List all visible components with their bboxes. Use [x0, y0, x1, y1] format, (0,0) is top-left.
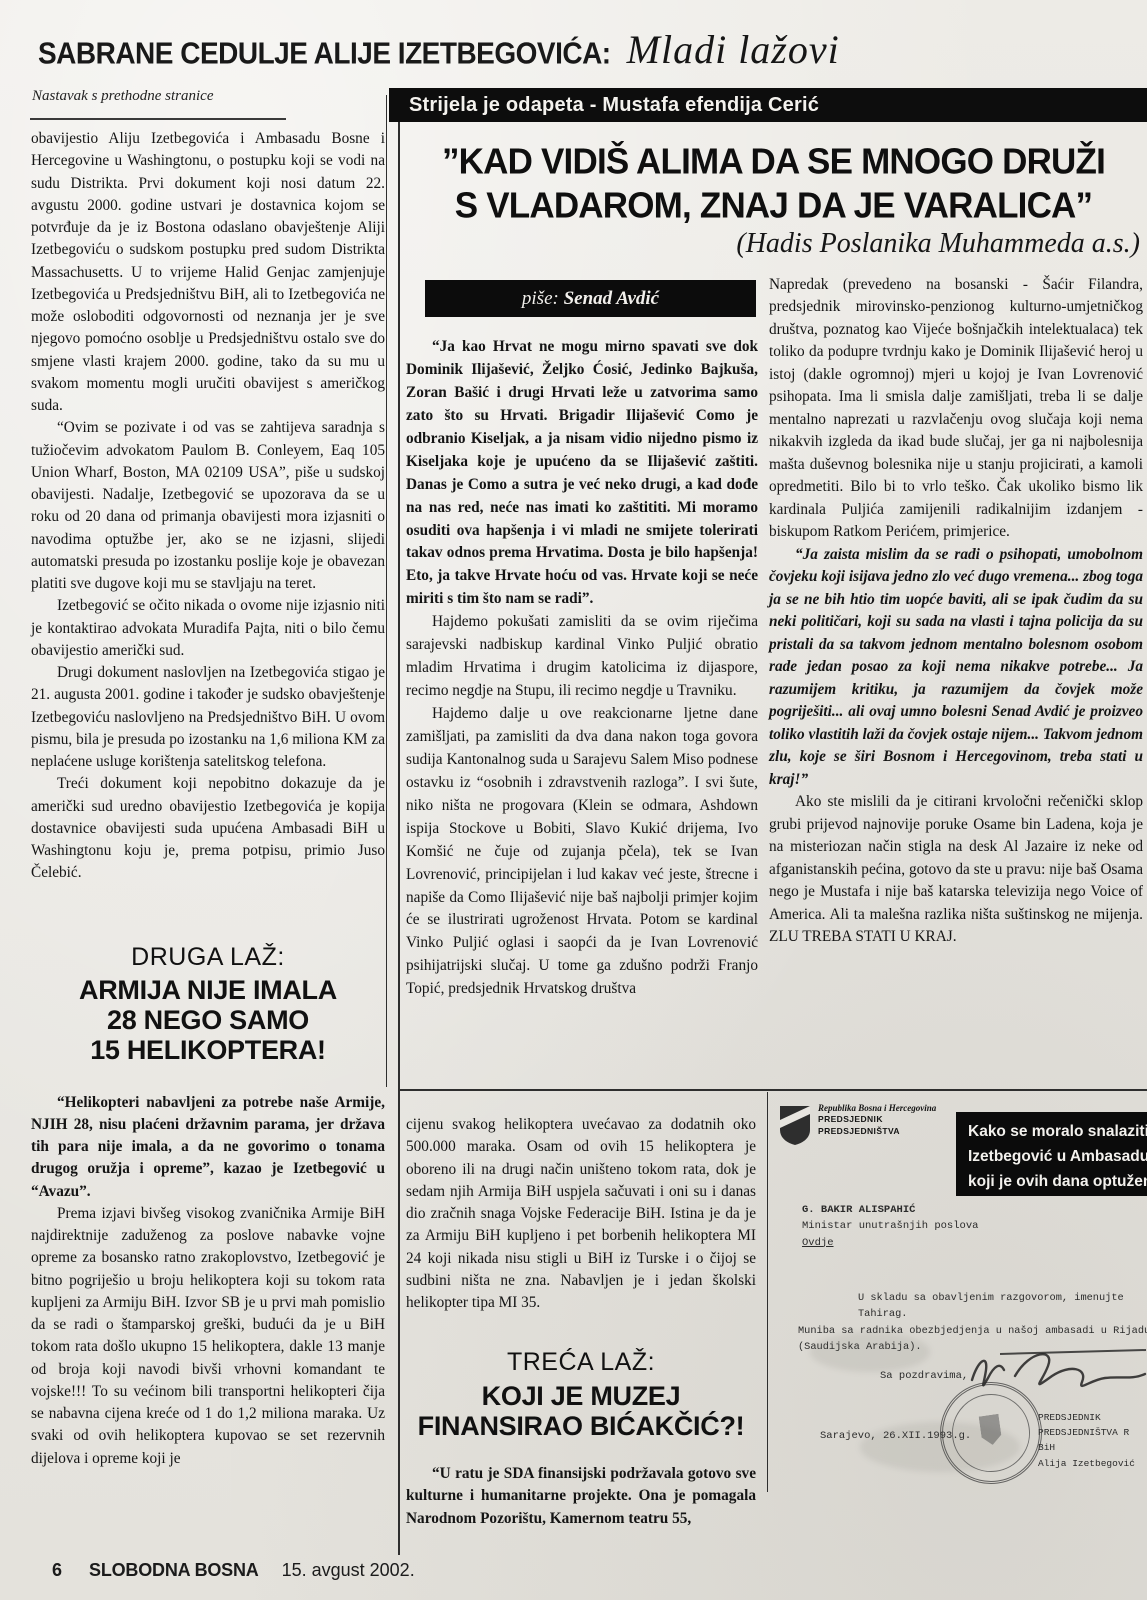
scan-smudge: [860, 1422, 1020, 1472]
continuation-paragraph: cijenu svakog helikoptera uvećavao za do…: [406, 1114, 756, 1314]
document-recipient: G. BAKIR ALISPAHIĆ Ministar unutrašnjih …: [802, 1202, 978, 1251]
bottom-middle-column: cijenu svakog helikoptera uvećavao za do…: [406, 1114, 756, 1530]
second-lie-heading: DRUGA LAŽ: ARMIJA NIJE IMALA 28 NEGO SAM…: [31, 939, 385, 1066]
letterhead-line: PREDSJEDNIK: [818, 1114, 936, 1125]
document-facsimile: Republika Bosna i Hercegovina PREDSJEDNI…: [770, 1092, 1147, 1522]
article-left-rule-inner: [398, 95, 400, 1555]
left-paragraph: Drugi dokument naslovljen na Izetbegović…: [31, 662, 385, 773]
article-left-rule-outer: [386, 95, 387, 1087]
second-lie-line: ARMIJA NIJE IMALA: [31, 975, 385, 1005]
article-italic-quote: “Ja zaista mislim da se radi o psihopati…: [769, 544, 1143, 791]
kicker-italic-title: Mladi lažovi: [627, 27, 840, 72]
document-left-rule: [767, 1092, 768, 1492]
document-letterhead: Republika Bosna i Hercegovina PREDSJEDNI…: [818, 1102, 936, 1137]
issue-date: 15. avgust 2002.: [282, 1560, 415, 1580]
caption-line: Izetbegović u Ambasadu: [968, 1145, 1147, 1170]
sda-quote-paragraph: “U ratu je SDA finansijski podržavala go…: [406, 1463, 756, 1530]
third-lie-line: KOJI JE MUZEJ: [406, 1381, 756, 1411]
article-banner: Strijela je odapeta - Mustafa efendija C…: [389, 88, 1147, 122]
hadis-attribution: (Hadis Poslanika Muhammeda a.s.): [400, 228, 1140, 260]
article-bottom-rule: [398, 1089, 1147, 1091]
second-lie-line: 28 NEGO SAMO: [31, 1005, 385, 1035]
article-paragraph: Napredak (prevedeno na bosanski - Šaćir …: [769, 274, 1143, 544]
article-quote-paragraph: “Ja kao Hrvat ne mogu mirno spavati sve …: [406, 336, 758, 611]
page-footer: 6 SLOBODNA BOSNA 15. avgust 2002.: [52, 1560, 415, 1581]
article-headline: ”KAD VIDIŠ ALIMA DA SE MNOGO DRUŽI S VLA…: [400, 140, 1147, 227]
left-paragraph: obavijestio Aliju Izetbegovića i Ambasad…: [31, 128, 385, 417]
article-paragraph: Hajdemo dalje u ove reakcionarne ljetne …: [406, 703, 758, 1001]
document-closing: Sa pozdravima,: [880, 1370, 968, 1382]
page-number: 6: [52, 1560, 62, 1580]
letterhead-line: Republika Bosna i Hercegovina: [818, 1102, 936, 1114]
third-lie-heading: TREĆA LAŽ: KOJI JE MUZEJ FINANSIRAO BIĆA…: [406, 1344, 756, 1441]
third-lie-kicker: TREĆA LAŽ:: [406, 1344, 756, 1380]
recipient-line: Ministar unutrašnjih poslova: [802, 1218, 978, 1234]
second-lie-kicker: DRUGA LAŽ:: [31, 939, 385, 975]
left-paragraph: Izetbegović se očito nikada o ovome nije…: [31, 595, 385, 662]
continuation-note: Nastavak s prethodne stranice: [32, 88, 214, 105]
left-column: obavijestio Aliju Izetbegovića i Ambasad…: [31, 128, 385, 1470]
document-body-line: U skladu sa obavljenim razgovorom, imenu…: [798, 1290, 1147, 1323]
caption-line: koji je ovih dana optužen: [968, 1170, 1147, 1195]
article-paragraph: Ako ste mislili da je citirani krvoločni…: [769, 791, 1143, 948]
article-column-2: Napredak (prevedeno na bosanski - Šaćir …: [769, 274, 1143, 949]
recipient-line: Ovdje: [802, 1235, 978, 1251]
magazine-name: SLOBODNA BOSNA: [89, 1560, 259, 1580]
photo-caption-box: Kako se moralo snalaziti Izetbegović u A…: [956, 1112, 1147, 1196]
third-lie-line: FINANSIRAO BIĆAKČIĆ?!: [406, 1411, 756, 1441]
left-paragraph-quote: “Helikopteri nabavljeni za potrebe naše …: [31, 1092, 385, 1203]
left-paragraph: “Ovim se pozivate i od vas se zahtijeva …: [31, 417, 385, 595]
signature-title-line: PREDSJEDNIŠTVA R BiH: [1038, 1425, 1147, 1455]
continuation-rule: [30, 118, 286, 120]
article-paragraph: Hajdemo pokušati zamisliti da se ovim ri…: [406, 611, 758, 703]
byline-box: piše: Senad Avdić: [425, 280, 756, 317]
scan-smudge: [810, 1332, 930, 1372]
signature-title-block: PREDSJEDNIK PREDSJEDNIŠTVA R BiH Alija I…: [1038, 1410, 1147, 1471]
byline-label: piše:: [522, 288, 559, 309]
headline-line: ”KAD VIDIŠ ALIMA DA SE MNOGO DRUŽI: [400, 140, 1147, 184]
left-paragraph: Treći dokument koji nepobitno dokazuje d…: [31, 773, 385, 884]
caption-line: Kako se moralo snalaziti: [968, 1120, 1147, 1145]
article-column-1: “Ja kao Hrvat ne mogu mirno spavati sve …: [406, 336, 758, 1001]
signature: [960, 1340, 1147, 1410]
kicker-bold-text: SABRANE CEDULJE ALIJE IZETBEGOVIĆA:: [38, 37, 611, 72]
headline-line: S VLADAROM, ZNAJ DA JE VARALICA”: [400, 184, 1147, 228]
letterhead-line: PREDSJEDNIŠTVA: [818, 1126, 936, 1137]
left-paragraph: Prema izjavi bivšeg visokog zvaničnika A…: [31, 1203, 385, 1470]
recipient-line: G. BAKIR ALISPAHIĆ: [802, 1202, 978, 1218]
signature-title-line: Alija Izetbegović: [1038, 1456, 1147, 1471]
second-lie-line: 15 HELIKOPTERA!: [31, 1035, 385, 1065]
signature-title-line: PREDSJEDNIK: [1038, 1410, 1147, 1425]
bih-coat-of-arms-icon: [778, 1104, 812, 1146]
page-kicker: SABRANE CEDULJE ALIJE IZETBEGOVIĆA: Mlad…: [38, 26, 840, 73]
byline-author: Senad Avdić: [564, 288, 660, 309]
